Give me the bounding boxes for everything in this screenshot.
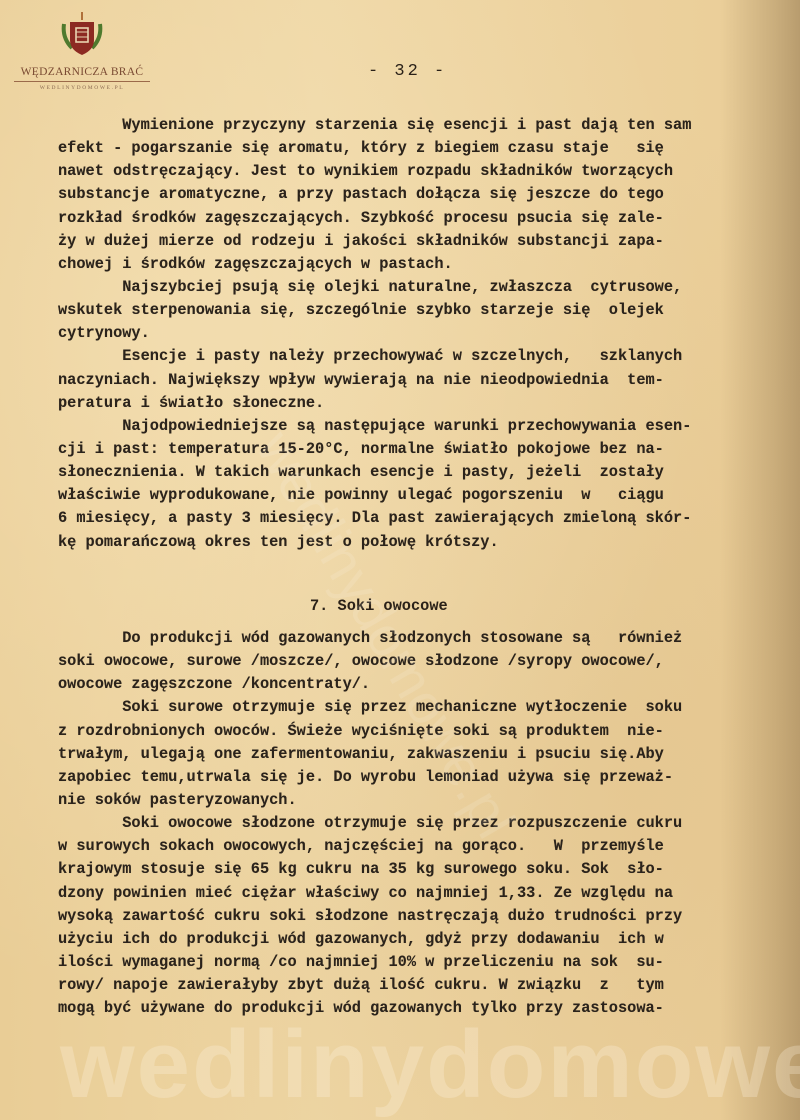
text-line: dzony powinien mieć ciężar właściwy co n… (58, 882, 770, 905)
text-line: rowy/ napoje zawierałyby zbyt dużą ilość… (58, 974, 770, 997)
text-line: soki owocowe, surowe /moszcze/, owocowe … (58, 650, 770, 673)
text-line: efekt - pogarszanie się aromatu, który z… (58, 137, 770, 160)
text-line: mogą być używane do produkcji wód gazowa… (58, 997, 770, 1020)
text-line: zapobiec temu,utrwala się je. Do wyrobu … (58, 766, 770, 789)
text-line: substancje aromatyczne, a przy pastach d… (58, 183, 770, 206)
text-line: 6 miesięcy, a pasty 3 miesięcy. Dla past… (58, 507, 770, 530)
text-line: Najszybciej psują się olejki naturalne, … (58, 276, 770, 299)
text-line: w surowych sokach owocowych, najczęściej… (58, 835, 770, 858)
text-line: z rozdrobnionych owoców. Świeże wyciśnię… (58, 720, 770, 743)
text-line: użyciu ich do produkcji wód gazowanych, … (58, 928, 770, 951)
logo-divider (14, 81, 150, 82)
body-text-upper: Wymienione przyczyny starzenia się esenc… (58, 114, 770, 554)
text-line: słonecznienia. W takich warunkach esencj… (58, 461, 770, 484)
page-number: - 32 - (368, 62, 447, 81)
text-line: peratura i światło słoneczne. (58, 392, 770, 415)
text-line: nie soków pasteryzowanych. (58, 789, 770, 812)
text-line: cji i past: temperatura 15-20°C, normaln… (58, 438, 770, 461)
body-text-lower: Do produkcji wód gazowanych słodzonych s… (58, 627, 770, 1020)
text-line: kę pomarańczową okres ten jest o połowę … (58, 531, 770, 554)
text-line: Do produkcji wód gazowanych słodzonych s… (58, 627, 770, 650)
text-line: Najodpowiedniejsze są następujące warunk… (58, 415, 770, 438)
text-line: Soki surowe otrzymuje się przez mechanic… (58, 696, 770, 719)
text-line: krajowym stosuje się 65 kg cukru na 35 k… (58, 858, 770, 881)
text-line: rozkład środków zagęszczających. Szybkoś… (58, 207, 770, 230)
text-line: Soki owocowe słodzone otrzymuje się prze… (58, 812, 770, 835)
text-line: owocowe zagęszczone /koncentraty/. (58, 673, 770, 696)
watermark: wedlinydomowe.pl (60, 1010, 800, 1120)
logo: WĘDZARNICZA BRAĆ WEDLINYDOMOWE.PL (14, 10, 150, 91)
text-line: cytrynowy. (58, 322, 770, 345)
brand-site: WEDLINYDOMOWE.PL (14, 85, 150, 91)
text-line: naczyniach. Największy wpływ wywierają n… (58, 369, 770, 392)
text-line: ilości wymaganej normą /co najmniej 10% … (58, 951, 770, 974)
text-line: nawet odstręczający. Jest to wynikiem ro… (58, 160, 770, 183)
text-line: Esencje i pasty należy przechowywać w sz… (58, 345, 770, 368)
text-line: trwałym, ulegają one zafermentowaniu, za… (58, 743, 770, 766)
text-line: chowej i środków zagęszczających w pasta… (58, 253, 770, 276)
text-line: właściwie wyprodukowane, nie powinny ule… (58, 484, 770, 507)
brand-name: WĘDZARNICZA BRAĆ (14, 66, 150, 78)
text-line: Wymienione przyczyny starzenia się esenc… (58, 114, 770, 137)
text-line: ży w dużej mierze od rodzeju i jakości s… (58, 230, 770, 253)
coat-of-arms-icon (60, 10, 104, 58)
text-line: wysoką zawartość cukru soki słodzone nas… (58, 905, 770, 928)
section-heading: 7. Soki owocowe (310, 597, 448, 615)
text-line: wskutek sterpenowania się, szczególnie s… (58, 299, 770, 322)
